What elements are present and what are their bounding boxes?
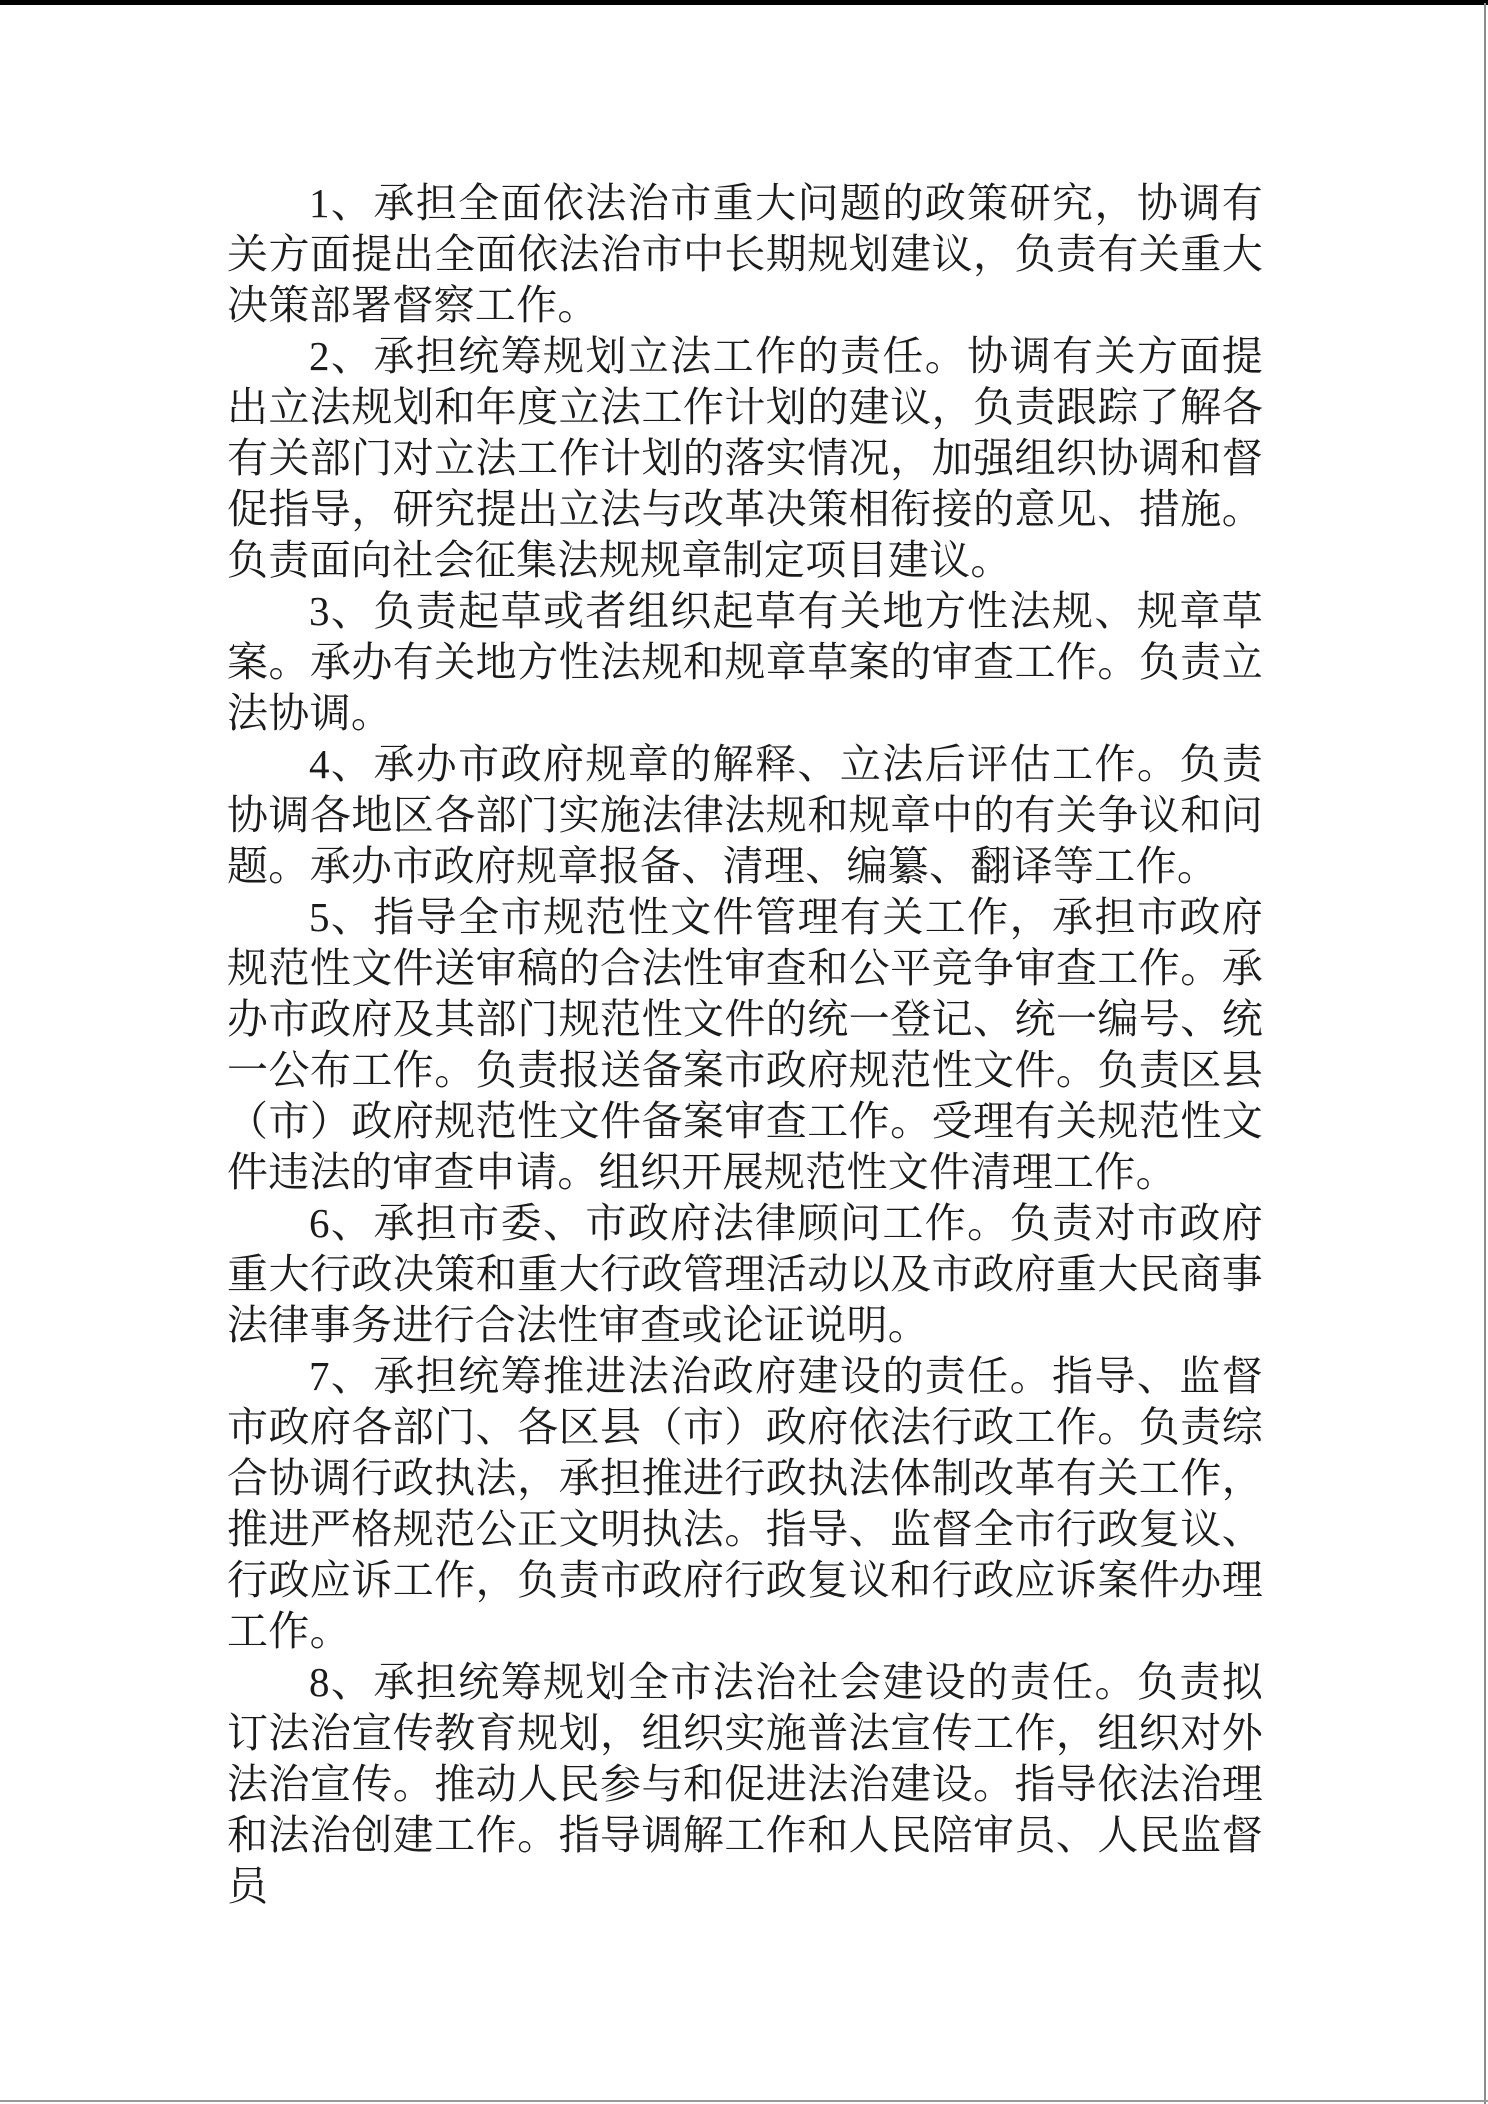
paragraph: 2、承担统筹规划立法工作的责任。协调有关方面提出立法规划和年度立法工作计划的建议… — [227, 331, 1263, 586]
paragraph: 4、承办市政府规章的解释、立法后评估工作。负责协调各地区各部门实施法律法规和规章… — [227, 739, 1263, 892]
document-page: 1、承担全面依法治市重大问题的政策研究，协调有关方面提出全面依法治市中长期规划建… — [0, 0, 1488, 2104]
paragraph: 3、负责起草或者组织起草有关地方性法规、规章草案。承办有关地方性法规和规章草案的… — [227, 586, 1263, 739]
paragraph: 5、指导全市规范性文件管理有关工作，承担市政府规范性文件送审稿的合法性审查和公平… — [227, 892, 1263, 1198]
top-edge-bar — [0, 0, 1488, 5]
paragraph: 6、承担市委、市政府法律顾问工作。负责对市政府重大行政决策和重大行政管理活动以及… — [227, 1198, 1263, 1351]
paragraph: 8、承担统筹规划全市法治社会建设的责任。负责拟订法治宣传教育规划，组织实施普法宣… — [227, 1657, 1263, 1912]
paragraph: 7、承担统筹推进法治政府建设的责任。指导、监督市政府各部门、各区县（市）政府依法… — [227, 1351, 1263, 1657]
right-edge-line — [1484, 3, 1486, 2104]
document-text-area: 1、承担全面依法治市重大问题的政策研究，协调有关方面提出全面依法治市中长期规划建… — [227, 178, 1263, 1912]
bottom-edge-line — [0, 2100, 1488, 2102]
paragraph: 1、承担全面依法治市重大问题的政策研究，协调有关方面提出全面依法治市中长期规划建… — [227, 178, 1263, 331]
